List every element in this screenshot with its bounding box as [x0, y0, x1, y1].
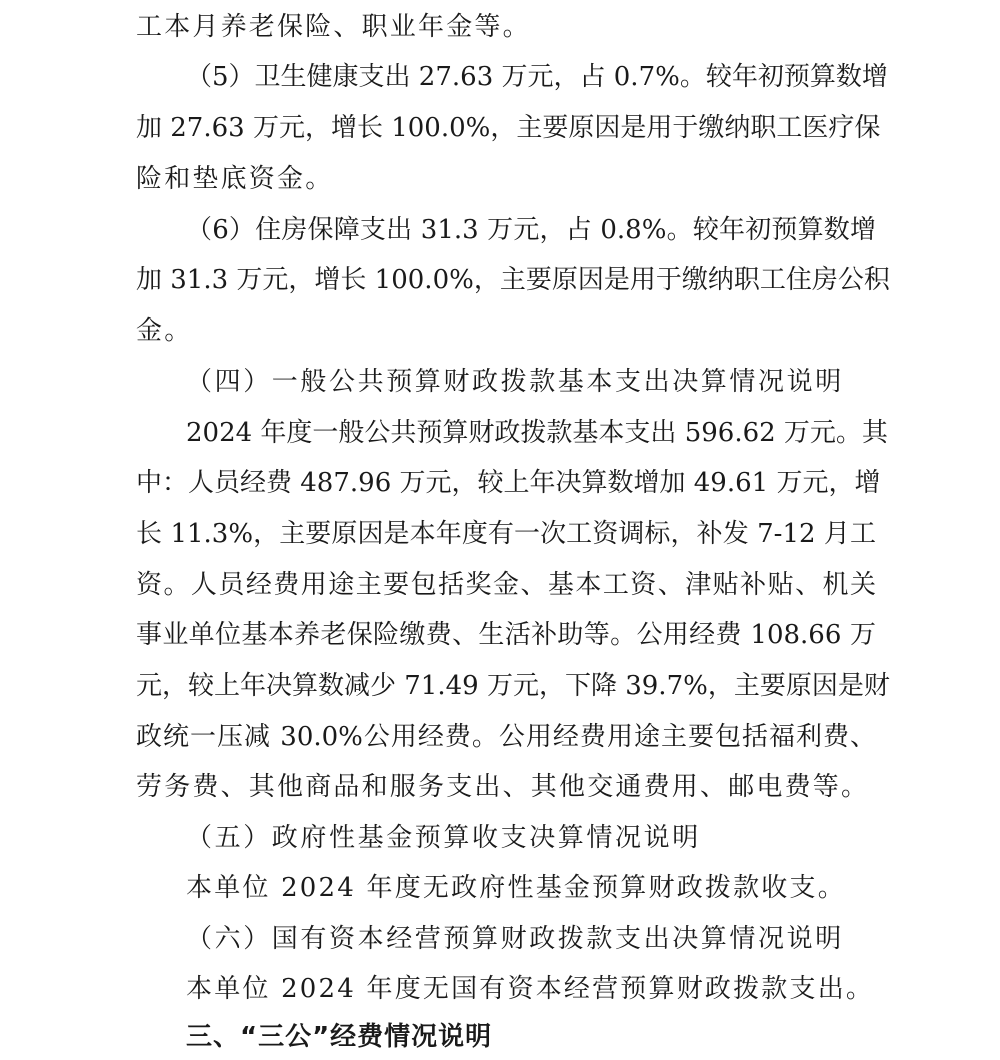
paragraph-line: 金。 [136, 306, 876, 356]
section-heading-4: （四）一般公共预算财政拨款基本支出决算情况说明 [186, 357, 844, 407]
paragraph-line: 险和垫底资金。 [136, 154, 876, 204]
paragraph-line: 事业单位基本养老保险缴费、生活补助等。公用经费 108.66 万 [136, 610, 876, 660]
paragraph-line: 加 27.63 万元，增长 100.0%，主要原因是用于缴纳职工医疗保 [136, 103, 876, 153]
paragraph-line: 2024 年度一般公共预算财政拨款基本支出 596.62 万元。其 [186, 408, 876, 458]
paragraph-line: 本单位 2024 年度无国有资本经营预算财政拨款支出。 [186, 964, 876, 1014]
paragraph-line: 本单位 2024 年度无政府性基金预算财政拨款收支。 [186, 863, 876, 913]
paragraph-line: 政统一压减 30.0%公用经费。公用经费用途主要包括福利费、 [136, 712, 876, 762]
item-6-housing-expenditure-line: （6）住房保障支出 31.3 万元，占 0.8%。较年初预算数增 [186, 205, 876, 255]
section-heading-5: （五）政府性基金预算收支决算情况说明 [186, 813, 701, 863]
paragraph-line: 元，较上年决算数减少 71.49 万元，下降 39.7%，主要原因是财 [136, 661, 876, 711]
paragraph-line: 长 11.3%，主要原因是本年度有一次工资调标，补发 7-12 月工 [136, 509, 876, 559]
paragraph-line: 工本月养老保险、职业年金等。 [136, 2, 876, 52]
paragraph-line: 中：人员经费 487.96 万元，较上年决算数增加 49.61 万元，增 [136, 458, 876, 508]
paragraph-line: 劳务费、其他商品和服务支出、其他交通费用、邮电费等。 [136, 762, 876, 812]
document-page: 工本月养老保险、职业年金等。 （5）卫生健康支出 27.63 万元，占 0.7%… [0, 0, 1000, 1060]
paragraph-line: 加 31.3 万元，增长 100.0%，主要原因是用于缴纳职工住房公积 [136, 255, 876, 305]
section-heading-three-public-expenses: 三、“三公”经费情况说明 [186, 1012, 492, 1060]
section-heading-6: （六）国有资本经营预算财政拨款支出决算情况说明 [186, 914, 844, 964]
paragraph-line: 资。人员经费用途主要包括奖金、基本工资、津贴补贴、机关 [136, 560, 876, 610]
item-5-health-expenditure-line: （5）卫生健康支出 27.63 万元，占 0.7%。较年初预算数增 [186, 52, 876, 102]
